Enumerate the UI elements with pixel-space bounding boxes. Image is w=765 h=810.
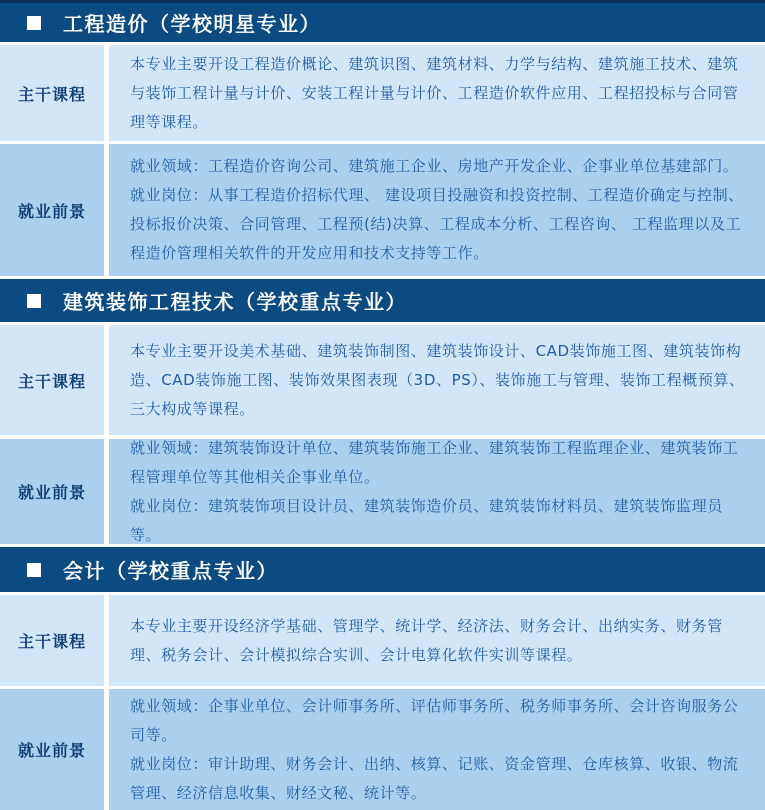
section-title: 工程造价（学校明星专业） — [63, 8, 321, 37]
section-header: 会计（学校重点专业） — [0, 547, 765, 592]
courses-row: 主干课程 本专业主要开设经济学基础、管理学、统计学、经济法、财务会计、出纳实务、… — [0, 595, 765, 686]
section-header: 工程造价（学校明星专业） — [0, 0, 765, 42]
prospects-row: 就业前景 就业领域：建筑装饰设计单位、建筑装饰施工企业、建筑装饰工程监理企业、建… — [0, 439, 765, 544]
prospects-jobs-text: 就业岗位：从事工程造价招标代理、 建设项目投融资和投资控制、工程造价确定与控制、… — [130, 181, 747, 268]
prospects-content: 就业领域：工程造价咨询公司、建筑施工企业、房地产开发企业、企事业单位基建部门。 … — [109, 144, 765, 276]
square-bullet-icon — [27, 563, 41, 577]
prospects-content: 就业领域：企事业单位、会计师事务所、评估师事务所、税务师事务所、会计咨询服务公司… — [109, 689, 765, 810]
courses-content: 本专业主要开设工程造价概论、建筑识图、建筑材料、力学与结构、建筑施工技术、建筑与… — [109, 45, 765, 141]
row-label-courses: 主干课程 — [0, 595, 104, 686]
prospects-jobs-text: 就业岗位：审计助理、财务会计、出纳、核算、记账、资金管理、仓库核算、收银、物流管… — [130, 750, 747, 808]
prospects-row: 就业前景 就业领域：工程造价咨询公司、建筑施工企业、房地产开发企业、企事业单位基… — [0, 144, 765, 276]
row-label-prospects: 就业前景 — [0, 144, 104, 276]
prospects-row: 就业前景 就业领域：企事业单位、会计师事务所、评估师事务所、税务师事务所、会计咨… — [0, 689, 765, 810]
section-header: 建筑装饰工程技术（学校重点专业） — [0, 279, 765, 322]
row-label-courses: 主干课程 — [0, 325, 104, 435]
courses-row: 主干课程 本专业主要开设工程造价概论、建筑识图、建筑材料、力学与结构、建筑施工技… — [0, 45, 765, 141]
courses-content: 本专业主要开设经济学基础、管理学、统计学、经济法、财务会计、出纳实务、财务管理、… — [109, 595, 765, 686]
prospects-jobs-text: 就业岗位：建筑装饰项目设计员、建筑装饰造价员、建筑装饰材料员、建筑装饰监理员等。 — [130, 492, 747, 550]
courses-text: 本专业主要开设美术基础、建筑装饰制图、建筑装饰设计、CAD装饰施工图、建筑装饰构… — [130, 337, 747, 424]
row-label-prospects: 就业前景 — [0, 689, 104, 810]
square-bullet-icon — [27, 16, 41, 30]
section-title: 建筑装饰工程技术（学校重点专业） — [63, 286, 407, 315]
section-jianzhuzhuangshi: 建筑装饰工程技术（学校重点专业） 主干课程 本专业主要开设美术基础、建筑装饰制图… — [0, 279, 765, 547]
courses-row: 主干课程 本专业主要开设美术基础、建筑装饰制图、建筑装饰设计、CAD装饰施工图、… — [0, 325, 765, 435]
row-label-courses: 主干课程 — [0, 45, 104, 141]
majors-info-table: 工程造价（学校明星专业） 主干课程 本专业主要开设工程造价概论、建筑识图、建筑材… — [0, 0, 765, 810]
section-kuaiji: 会计（学校重点专业） 主干课程 本专业主要开设经济学基础、管理学、统计学、经济法… — [0, 547, 765, 810]
prospects-field-text: 就业领域：企事业单位、会计师事务所、评估师事务所、税务师事务所、会计咨询服务公司… — [130, 692, 747, 750]
section-title: 会计（学校重点专业） — [63, 555, 278, 584]
prospects-field-text: 就业领域：工程造价咨询公司、建筑施工企业、房地产开发企业、企事业单位基建部门。 — [130, 152, 747, 181]
square-bullet-icon — [27, 294, 41, 308]
row-label-prospects: 就业前景 — [0, 439, 104, 544]
prospects-content: 就业领域：建筑装饰设计单位、建筑装饰施工企业、建筑装饰工程监理企业、建筑装饰工程… — [109, 439, 765, 544]
prospects-field-text: 就业领域：建筑装饰设计单位、建筑装饰施工企业、建筑装饰工程监理企业、建筑装饰工程… — [130, 434, 747, 492]
courses-content: 本专业主要开设美术基础、建筑装饰制图、建筑装饰设计、CAD装饰施工图、建筑装饰构… — [109, 325, 765, 435]
courses-text: 本专业主要开设经济学基础、管理学、统计学、经济法、财务会计、出纳实务、财务管理、… — [130, 612, 747, 670]
courses-text: 本专业主要开设工程造价概论、建筑识图、建筑材料、力学与结构、建筑施工技术、建筑与… — [130, 50, 747, 137]
section-gongchengzaojia: 工程造价（学校明星专业） 主干课程 本专业主要开设工程造价概论、建筑识图、建筑材… — [0, 0, 765, 279]
